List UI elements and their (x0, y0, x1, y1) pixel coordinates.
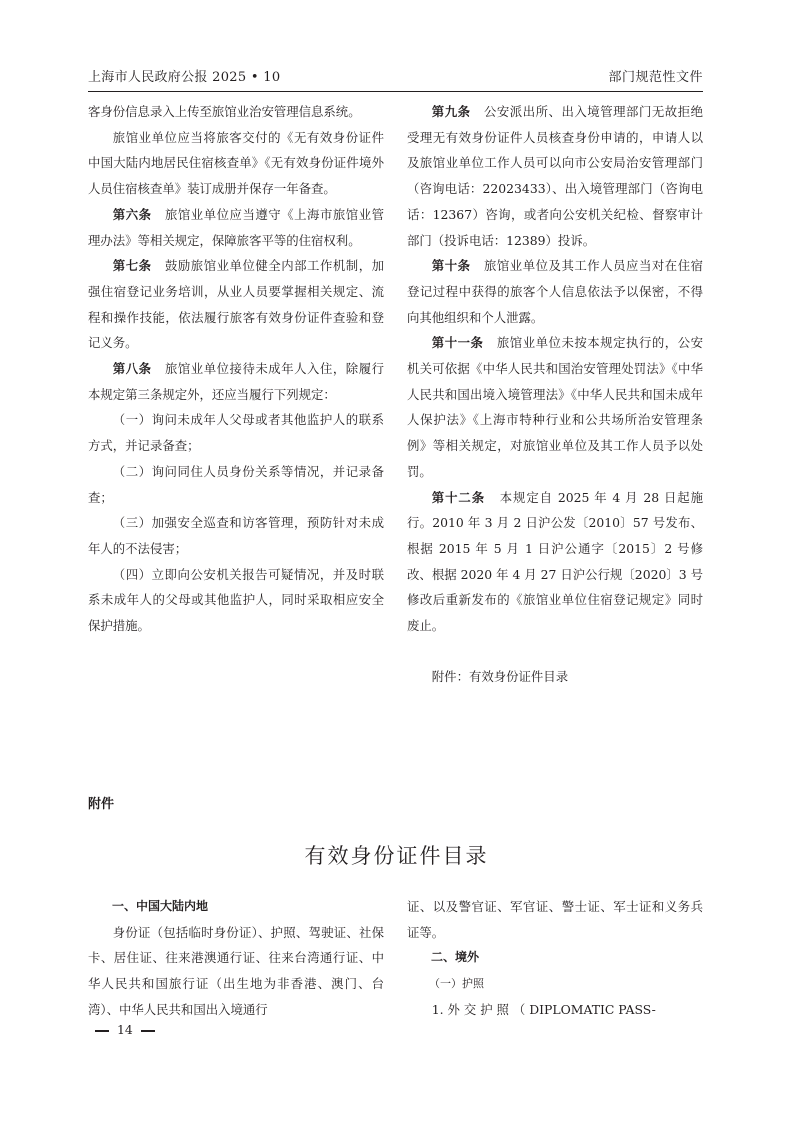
annex-right-column: 证、以及警官证、军官证、警士证、军士证和义务兵证等。 二、境外 （一）护照 1.… (407, 894, 703, 1023)
article-label: 第十二条 (432, 490, 485, 505)
article-label: 第十条 (432, 258, 471, 273)
page-number: 14 (95, 1022, 155, 1037)
article-10: 第十条 旅馆业单位及其工作人员应当对在住宿登记过程中获得的旅客个人信息依法予以保… (407, 253, 703, 330)
header-rule (88, 91, 703, 92)
article-6: 第六条 旅馆业单位应当遵守《上海市旅馆业管理办法》等相关规定，保障旅客平等的住宿… (88, 202, 384, 253)
article-12: 第十二条 本规定自 2025 年 4 月 28 日起施行。2010 年 3 月 … (407, 485, 703, 639)
section-title: 部门规范性文件 (608, 66, 703, 85)
annex-title: 有效身份证件目录 (0, 840, 793, 870)
article-label: 第八条 (113, 361, 152, 376)
list-item: （四）立即向公安机关报告可疑情况，并及时联系未成年人的父母或其他监护人，同时采取… (88, 562, 384, 639)
spacer (407, 639, 703, 665)
list-item: （一）询问未成年人父母或者其他监护人的联系方式，并记录备查； (88, 407, 384, 458)
annex-label: 附件 (88, 793, 114, 812)
article-label: 第六条 (113, 207, 152, 222)
paragraph: 身份证（包括临时身份证）、护照、驾驶证、社保卡、居住证、往来港澳通行证、往来台湾… (88, 920, 384, 1023)
annex-left-column: 一、中国大陆内地 身份证（包括临时身份证）、护照、驾驶证、社保卡、居住证、往来港… (88, 894, 384, 1023)
article-label: 第十一条 (432, 335, 484, 350)
article-8: 第八条 旅馆业单位接待未成年人入住，除履行本规定第三条规定外，还应当履行下列规定… (88, 356, 384, 407)
dash (95, 1030, 109, 1032)
article-11: 第十一条 旅馆业单位未按本规定执行的，公安机关可依据《中华人民共和国治安管理处罚… (407, 330, 703, 484)
paragraph: 客身份信息录入上传至旅馆业治安管理信息系统。 (88, 99, 384, 125)
attachment-note: 附件：有效身份证件目录 (407, 664, 703, 690)
paragraph: 旅馆业单位应当将旅客交付的《无有效身份证件中国大陆内地居民住宿核查单》《无有效身… (88, 125, 384, 202)
article-text: 公安派出所、出入境管理部门无故拒绝受理无有效身份证件人员核查身份申请的，申请人以… (407, 104, 703, 248)
running-header: 上海市人民政府公报 2025 • 10 部门规范性文件 (88, 66, 703, 88)
subsection-heading: （一）护照 (407, 971, 703, 997)
list-item: （三）加强安全巡查和访客管理，预防针对未成年人的不法侵害； (88, 510, 384, 561)
publication-title: 上海市人民政府公报 2025 • 10 (88, 66, 280, 85)
dash (141, 1030, 155, 1032)
list-item: 1. 外 交 护 照 （ DIPLOMATIC PASS- (407, 997, 703, 1023)
article-9: 第九条 公安派出所、出入境管理部门无故拒绝受理无有效身份证件人员核查身份申请的，… (407, 99, 703, 253)
left-column: 客身份信息录入上传至旅馆业治安管理信息系统。 旅馆业单位应当将旅客交付的《无有效… (88, 99, 384, 639)
page-number-value: 14 (117, 1022, 133, 1037)
article-label: 第七条 (113, 258, 152, 273)
article-7: 第七条 鼓励旅馆业单位健全内部工作机制，加强住宿登记业务培训，从业人员要掌握相关… (88, 253, 384, 356)
article-label: 第九条 (432, 104, 471, 119)
article-text: 本规定自 2025 年 4 月 28 日起施行。2010 年 3 月 2 日沪公… (407, 490, 703, 634)
article-text: 旅馆业单位未按本规定执行的，公安机关可依据《中华人民共和国治安管理处罚法》《中华… (407, 335, 703, 479)
paragraph: 证、以及警官证、军官证、警士证、军士证和义务兵证等。 (407, 894, 703, 945)
list-item: （二）询问同住人员身份关系等情况，并记录备查； (88, 459, 384, 510)
section-heading: 二、境外 (407, 945, 703, 971)
section-heading: 一、中国大陆内地 (88, 894, 384, 920)
right-column: 第九条 公安派出所、出入境管理部门无故拒绝受理无有效身份证件人员核查身份申请的，… (407, 99, 703, 690)
